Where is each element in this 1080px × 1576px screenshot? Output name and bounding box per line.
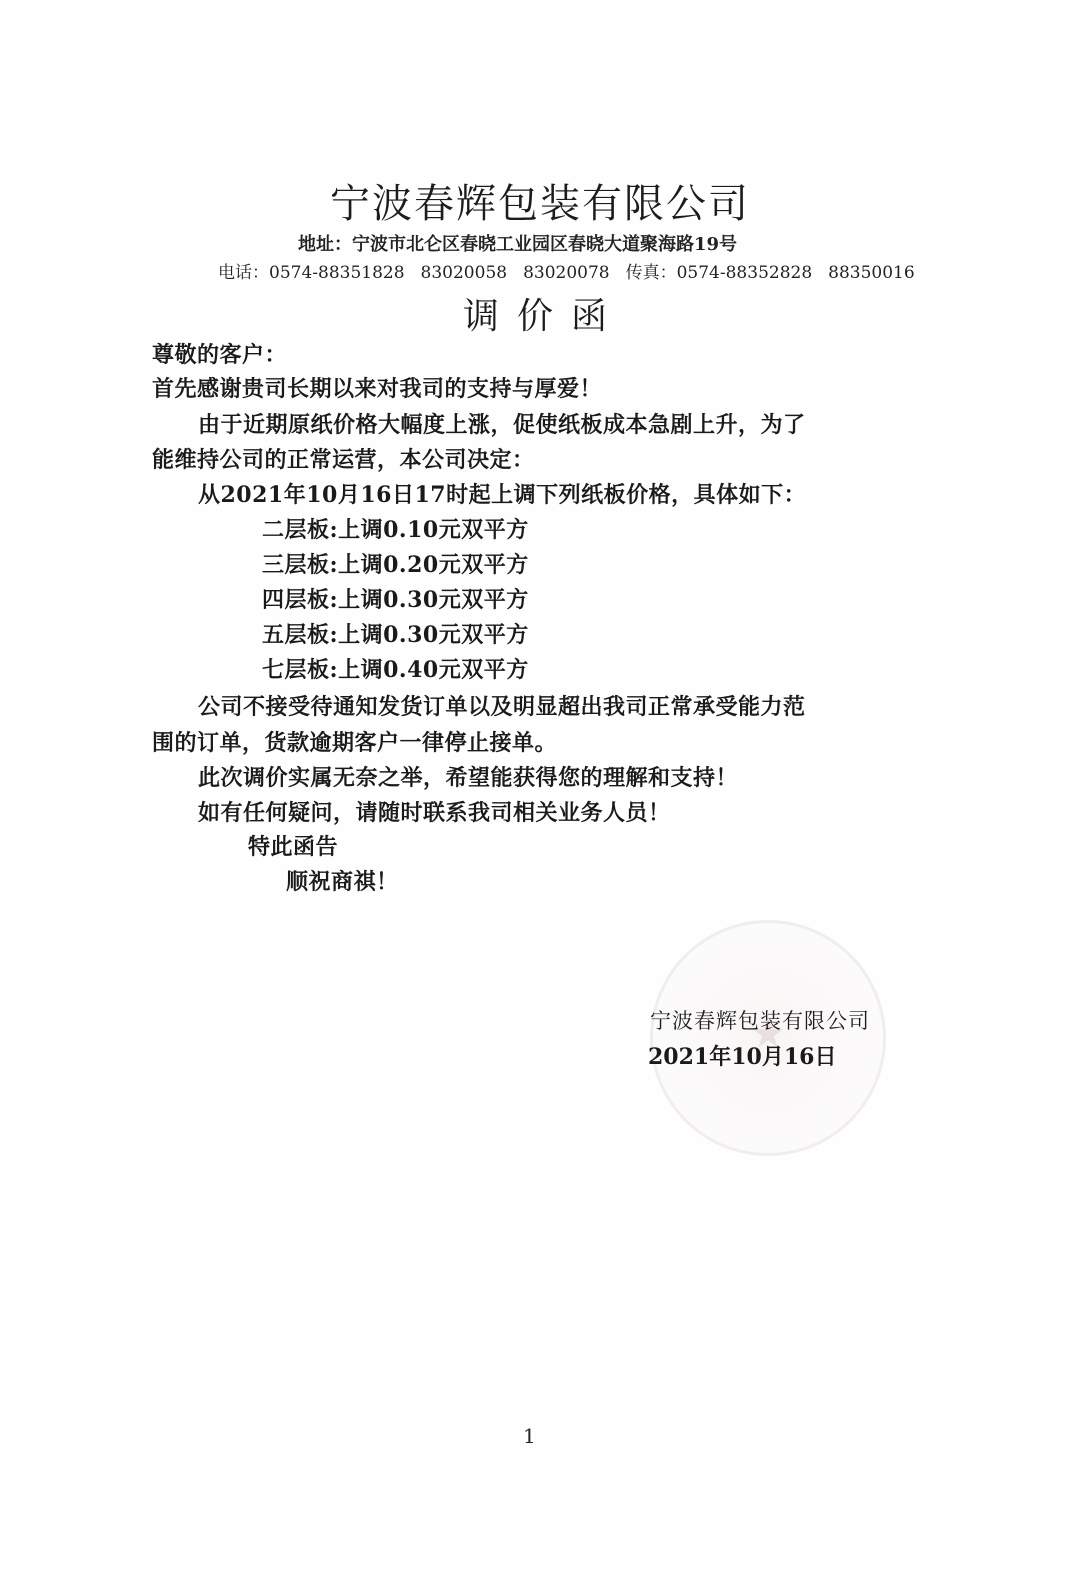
thanks-paragraph: 首先感谢贵司长期以来对我司的支持与厚爱！ — [152, 372, 602, 403]
effective-date-paragraph: 从2021年10月16日17时起上调下列纸板价格，具体如下： — [198, 478, 806, 509]
fax-number-1: 0574-88352828 — [677, 263, 813, 283]
notice-paragraph-line-2: 围的订单，货款逾期客户一律停止接单。 — [152, 726, 557, 757]
price-item-5-layer: 五层板:上调0.30元双平方 — [262, 618, 529, 649]
price-item-2-layer: 二层板:上调0.10元双平方 — [262, 513, 529, 544]
signature-company: 宁波春辉包装有限公司 — [650, 1005, 870, 1035]
price-item-7-layer: 七层板:上调0.40元双平方 — [262, 653, 529, 684]
reason-paragraph-line-2: 能维持公司的正常运营，本公司决定： — [152, 443, 535, 474]
closing-regards: 顺祝商祺！ — [286, 865, 399, 896]
notice-paragraph-line-1: 公司不接受待通知发货订单以及明显超出我司正常承受能力范 — [198, 690, 806, 721]
phone-number-2: 83020058 — [421, 263, 508, 283]
company-name-heading: 宁波春辉包装有限公司 — [0, 172, 1080, 229]
reason-paragraph-line-1: 由于近期原纸价格大幅度上涨，促使纸板成本急剧上升，为了 — [198, 408, 806, 439]
company-address: 地址：宁波市北仑区春晓工业园区春晓大道聚海路19号 — [298, 230, 737, 256]
document-page: 宁波春辉包装有限公司 地址：宁波市北仑区春晓工业园区春晓大道聚海路19号 电话：… — [0, 0, 1080, 1576]
fax-number-2: 88350016 — [828, 263, 915, 283]
contact-paragraph: 如有任何疑问，请随时联系我司相关业务人员！ — [198, 796, 671, 827]
price-item-3-layer: 三层板:上调0.20元双平方 — [262, 548, 529, 579]
price-item-4-layer: 四层板:上调0.30元双平方 — [262, 583, 529, 614]
closing-hereby: 特此函告 — [248, 830, 338, 861]
page-number: 1 — [523, 1424, 536, 1448]
phone-number-3: 83020078 — [523, 263, 610, 283]
contact-line: 电话：0574-883518288302005883020078传真：0574-… — [218, 258, 915, 283]
greeting: 尊敬的客户： — [152, 338, 287, 369]
phone-number-1: 0574-88351828 — [269, 263, 405, 283]
letter-title: 调价函 — [0, 288, 1080, 339]
fax-label: 传真： — [626, 263, 677, 283]
phone-label: 电话： — [218, 263, 269, 283]
apology-paragraph: 此次调价实属无奈之举，希望能获得您的理解和支持！ — [198, 761, 738, 792]
signature-date: 2021年10月16日 — [648, 1040, 836, 1071]
company-seal-stamp: ★ — [650, 920, 886, 1156]
